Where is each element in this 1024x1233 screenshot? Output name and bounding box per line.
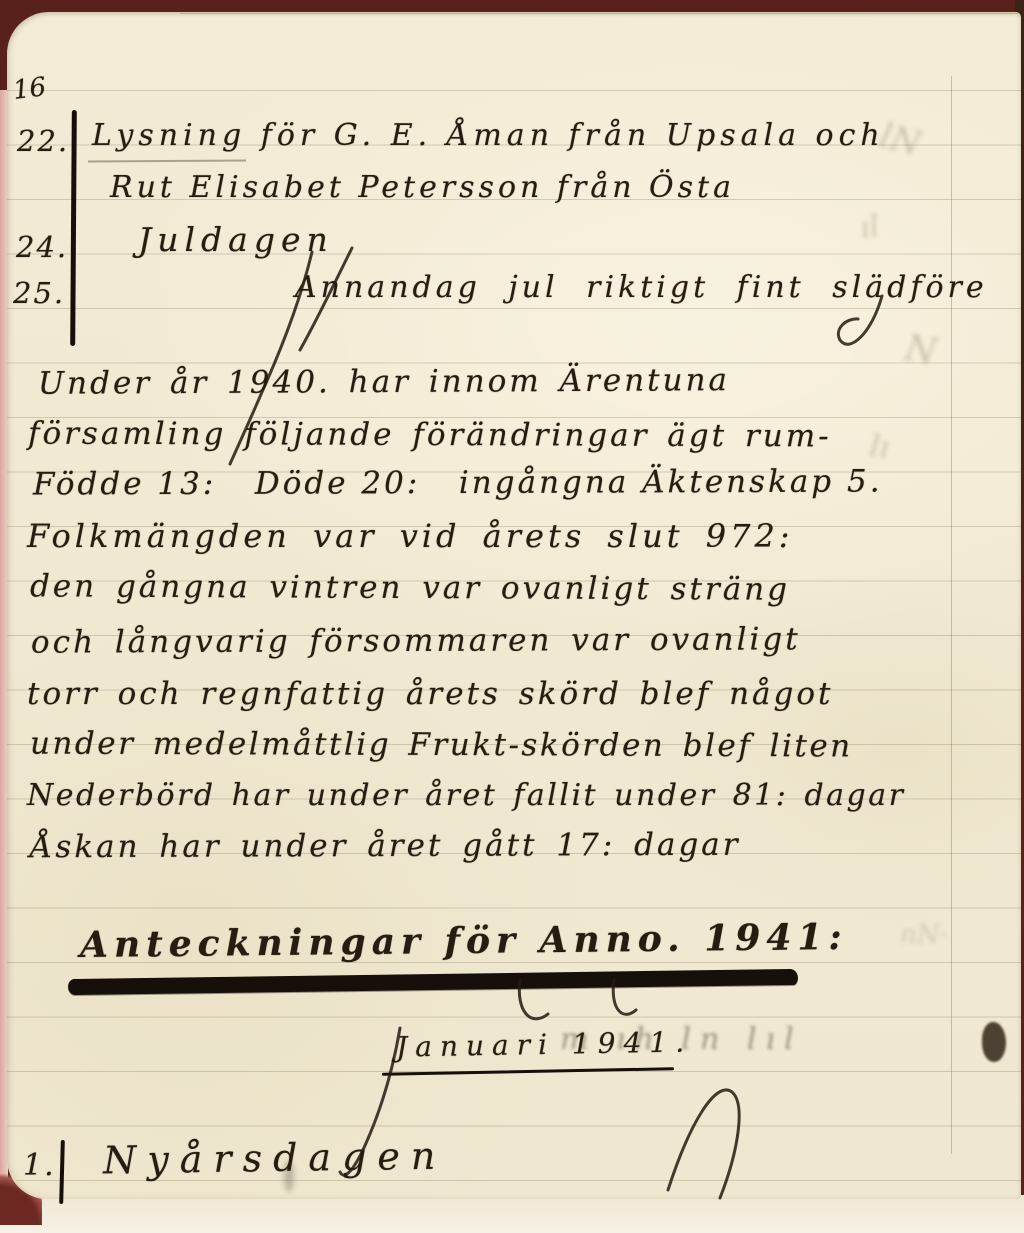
year-summary-line: och långvarig försommaren var ovanligt [31, 621, 801, 660]
annual-heading: Anteckningar för Anno. 1941: [80, 916, 848, 966]
year-summary-line: Folkmängden var vid årets slut 972: [27, 517, 794, 555]
year-summary-line: Födde 13: Döde 20: ingångna Äktenskap 5. [33, 464, 883, 503]
year-summary-line: Nederbörd har under året fallit under 81… [27, 778, 905, 813]
january-entry-text: Nyårsdagen [103, 1134, 447, 1183]
entry-24-text: Juldagen [138, 220, 334, 259]
month-heading: Januari 1941. [396, 1025, 693, 1063]
day-number-1: 1. [23, 1148, 56, 1183]
ink-bleedthrough: nN· [900, 920, 948, 950]
page-top-edge [180, 13, 1018, 14]
right-margin-rule [951, 76, 952, 1154]
year-summary-line: Under år 1940. har innom Ärentuna [38, 362, 730, 402]
year-summary-line: församling följande förändringar ägt rum… [28, 416, 832, 455]
page-number: 16 [11, 72, 48, 106]
ink-bleedthrough: lı [868, 429, 891, 466]
entry-25-text: Annandag jul riktigt fint slädföre [295, 270, 988, 305]
year-summary-line: under medelmåttlig Frukt-skörden blef li… [30, 726, 853, 765]
day-number-22: 22. [17, 124, 69, 158]
ink-blot [982, 1022, 1006, 1062]
entry-22-line1: Lysning för G. E. Åman från Upsala och [92, 118, 885, 153]
year-summary-line: den gångna vintren var ovanligt sträng [30, 568, 790, 607]
year-summary-line: torr och regnfattig årets skörd blef någ… [27, 676, 834, 712]
underlying-page-edge [0, 1195, 1024, 1233]
scanned-journal-page: lN ıl N lı nN· m ıh ln lıl 16 22. Lysnin… [0, 0, 1024, 1233]
entry-22-line2: Rut Elisabet Petersson från Östa [110, 170, 735, 205]
ink-bleedthrough: N [902, 328, 940, 374]
day-number-24: 24. [16, 230, 68, 264]
day-number-25: 25. [13, 276, 65, 310]
year-summary-line: Åskan har under året gått 17: dagar [30, 827, 741, 865]
